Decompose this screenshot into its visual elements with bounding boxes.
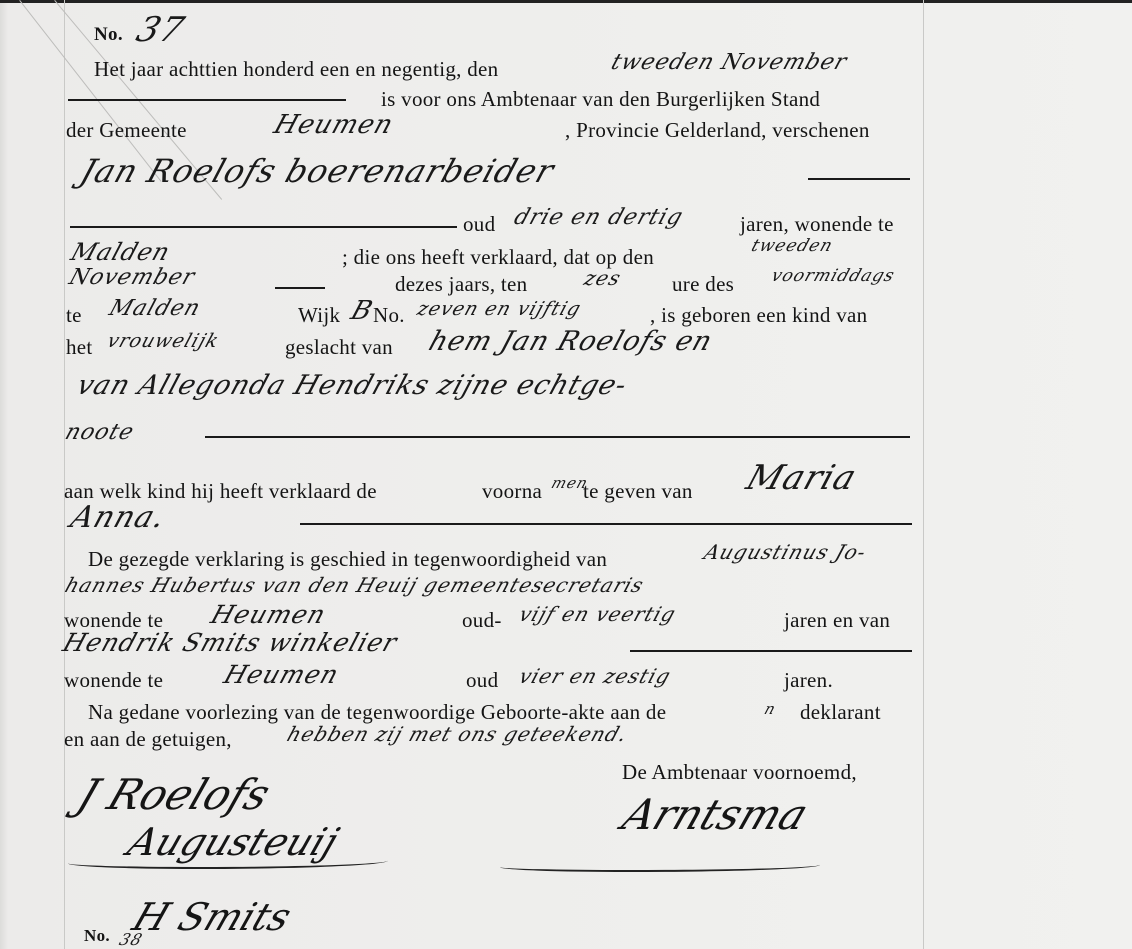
handwritten-witness1-b: hannes Hubertus van den Heuij gemeentese… (62, 573, 647, 597)
printed-het: het (66, 335, 93, 360)
handwritten-witness1-residence: Heumen (207, 600, 330, 629)
printed-line-2: is voor ons Ambtenaar van den Burgerlijk… (381, 87, 820, 112)
printed-age-label: oud (463, 212, 495, 237)
printed-wijk: Wijk (298, 303, 340, 328)
printed-line-14: De gezegde verklaring is geschied in teg… (88, 547, 607, 572)
printed-geslacht: geslacht van (285, 335, 393, 360)
blank-rule (630, 650, 912, 652)
printed-oud-2: oud (466, 668, 498, 693)
blank-rule (275, 287, 325, 289)
handwritten-hour: zes (581, 266, 624, 290)
printed-deklarant: deklarant (800, 700, 881, 725)
handwritten-house-no: zeven en vijftig (414, 298, 584, 320)
handwritten-daypart: voormiddags (769, 266, 898, 286)
handwritten-witness2-age: vier en zestig (516, 664, 674, 688)
printed-province: , Provincie Gelderland, verschenen (565, 118, 870, 143)
printed-line-7b: ure des (672, 272, 734, 297)
printed-residence-label: jaren, wonende te (740, 212, 894, 237)
printed-line-20: en aan de getuigen, (64, 727, 232, 752)
handwritten-parents-3: noote (62, 420, 138, 445)
printed-line-7a: dezes jaars, ten (395, 272, 527, 297)
record-number-label: No. (94, 24, 123, 46)
printed-no: No. (373, 303, 405, 328)
left-margin-line (64, 0, 65, 949)
handwritten-parents-2: van Allegonda Hendriks zijne echtge- (73, 370, 631, 401)
handwritten-sex: vrouwelijk (104, 330, 222, 352)
handwritten-residence: Malden (67, 238, 174, 266)
page-top-edge (0, 0, 1132, 3)
handwritten-birth-month: November (66, 265, 199, 290)
printed-voorna: voorna (482, 479, 542, 504)
signature-official: Arntsma (616, 790, 815, 839)
printed-wonende-2: wonende te (64, 668, 163, 693)
printed-municipality-label: der Gemeente (66, 118, 187, 143)
blank-rule (70, 226, 457, 228)
handwritten-witness2: Hendrik Smits winkelier (59, 628, 401, 657)
signature-flourish (68, 855, 388, 869)
handwritten-parents-1: hem Jan Roelofs en (425, 326, 717, 357)
printed-official-label: De Ambtenaar voornoemd, (622, 760, 857, 785)
handwritten-witness1-a: Augustinus Jo- (701, 540, 870, 564)
handwritten-date: tweeden November (608, 50, 851, 75)
handwritten-birth-day: tweeden (749, 236, 836, 256)
record-number-handwritten: 37 (132, 10, 190, 50)
blank-rule (300, 523, 912, 525)
next-record-number: 38 (117, 930, 146, 949)
printed-jaren: jaren. (784, 668, 833, 693)
signature-declarant: J Roelofs (71, 770, 277, 819)
handwritten-witness1-age: vijf en veertig (516, 602, 679, 626)
printed-line-8: , is geboren een kind van (650, 303, 867, 328)
blank-rule (205, 436, 910, 438)
printed-jaren-en-van: jaren en van (784, 608, 890, 633)
document-page: No. 37 Het jaar achttien honderd een en … (0, 0, 1132, 949)
signature-official-flourish (500, 860, 820, 872)
printed-oud-1: oud- (462, 608, 502, 633)
handwritten-age-declarant: drie en dertig (511, 205, 687, 230)
next-record-number-label: No. (84, 926, 110, 946)
handwritten-child-name-1: Maria (742, 458, 862, 498)
handwritten-birth-place: Malden (106, 296, 204, 321)
handwritten-witness2-residence: Heumen (220, 660, 343, 689)
blank-rule (68, 99, 346, 101)
handwritten-child-name-2: Anna. (66, 500, 170, 535)
printed-te: te (66, 303, 82, 328)
handwritten-signed: hebben zij met ons geteekend. (284, 722, 631, 746)
handwritten-declarant: Jan Roelofs boerenarbeider (76, 152, 560, 190)
handwritten-municipality: Heumen (270, 110, 397, 140)
printed-line-12c: te geven van (583, 479, 693, 504)
signature-witness2: H Smits (127, 895, 297, 939)
blank-rule (808, 178, 910, 180)
printed-line-1: Het jaar achttien honderd een en negenti… (94, 57, 498, 82)
right-margin-line (923, 0, 924, 949)
handwritten-declarant-suffix: n (762, 700, 779, 718)
